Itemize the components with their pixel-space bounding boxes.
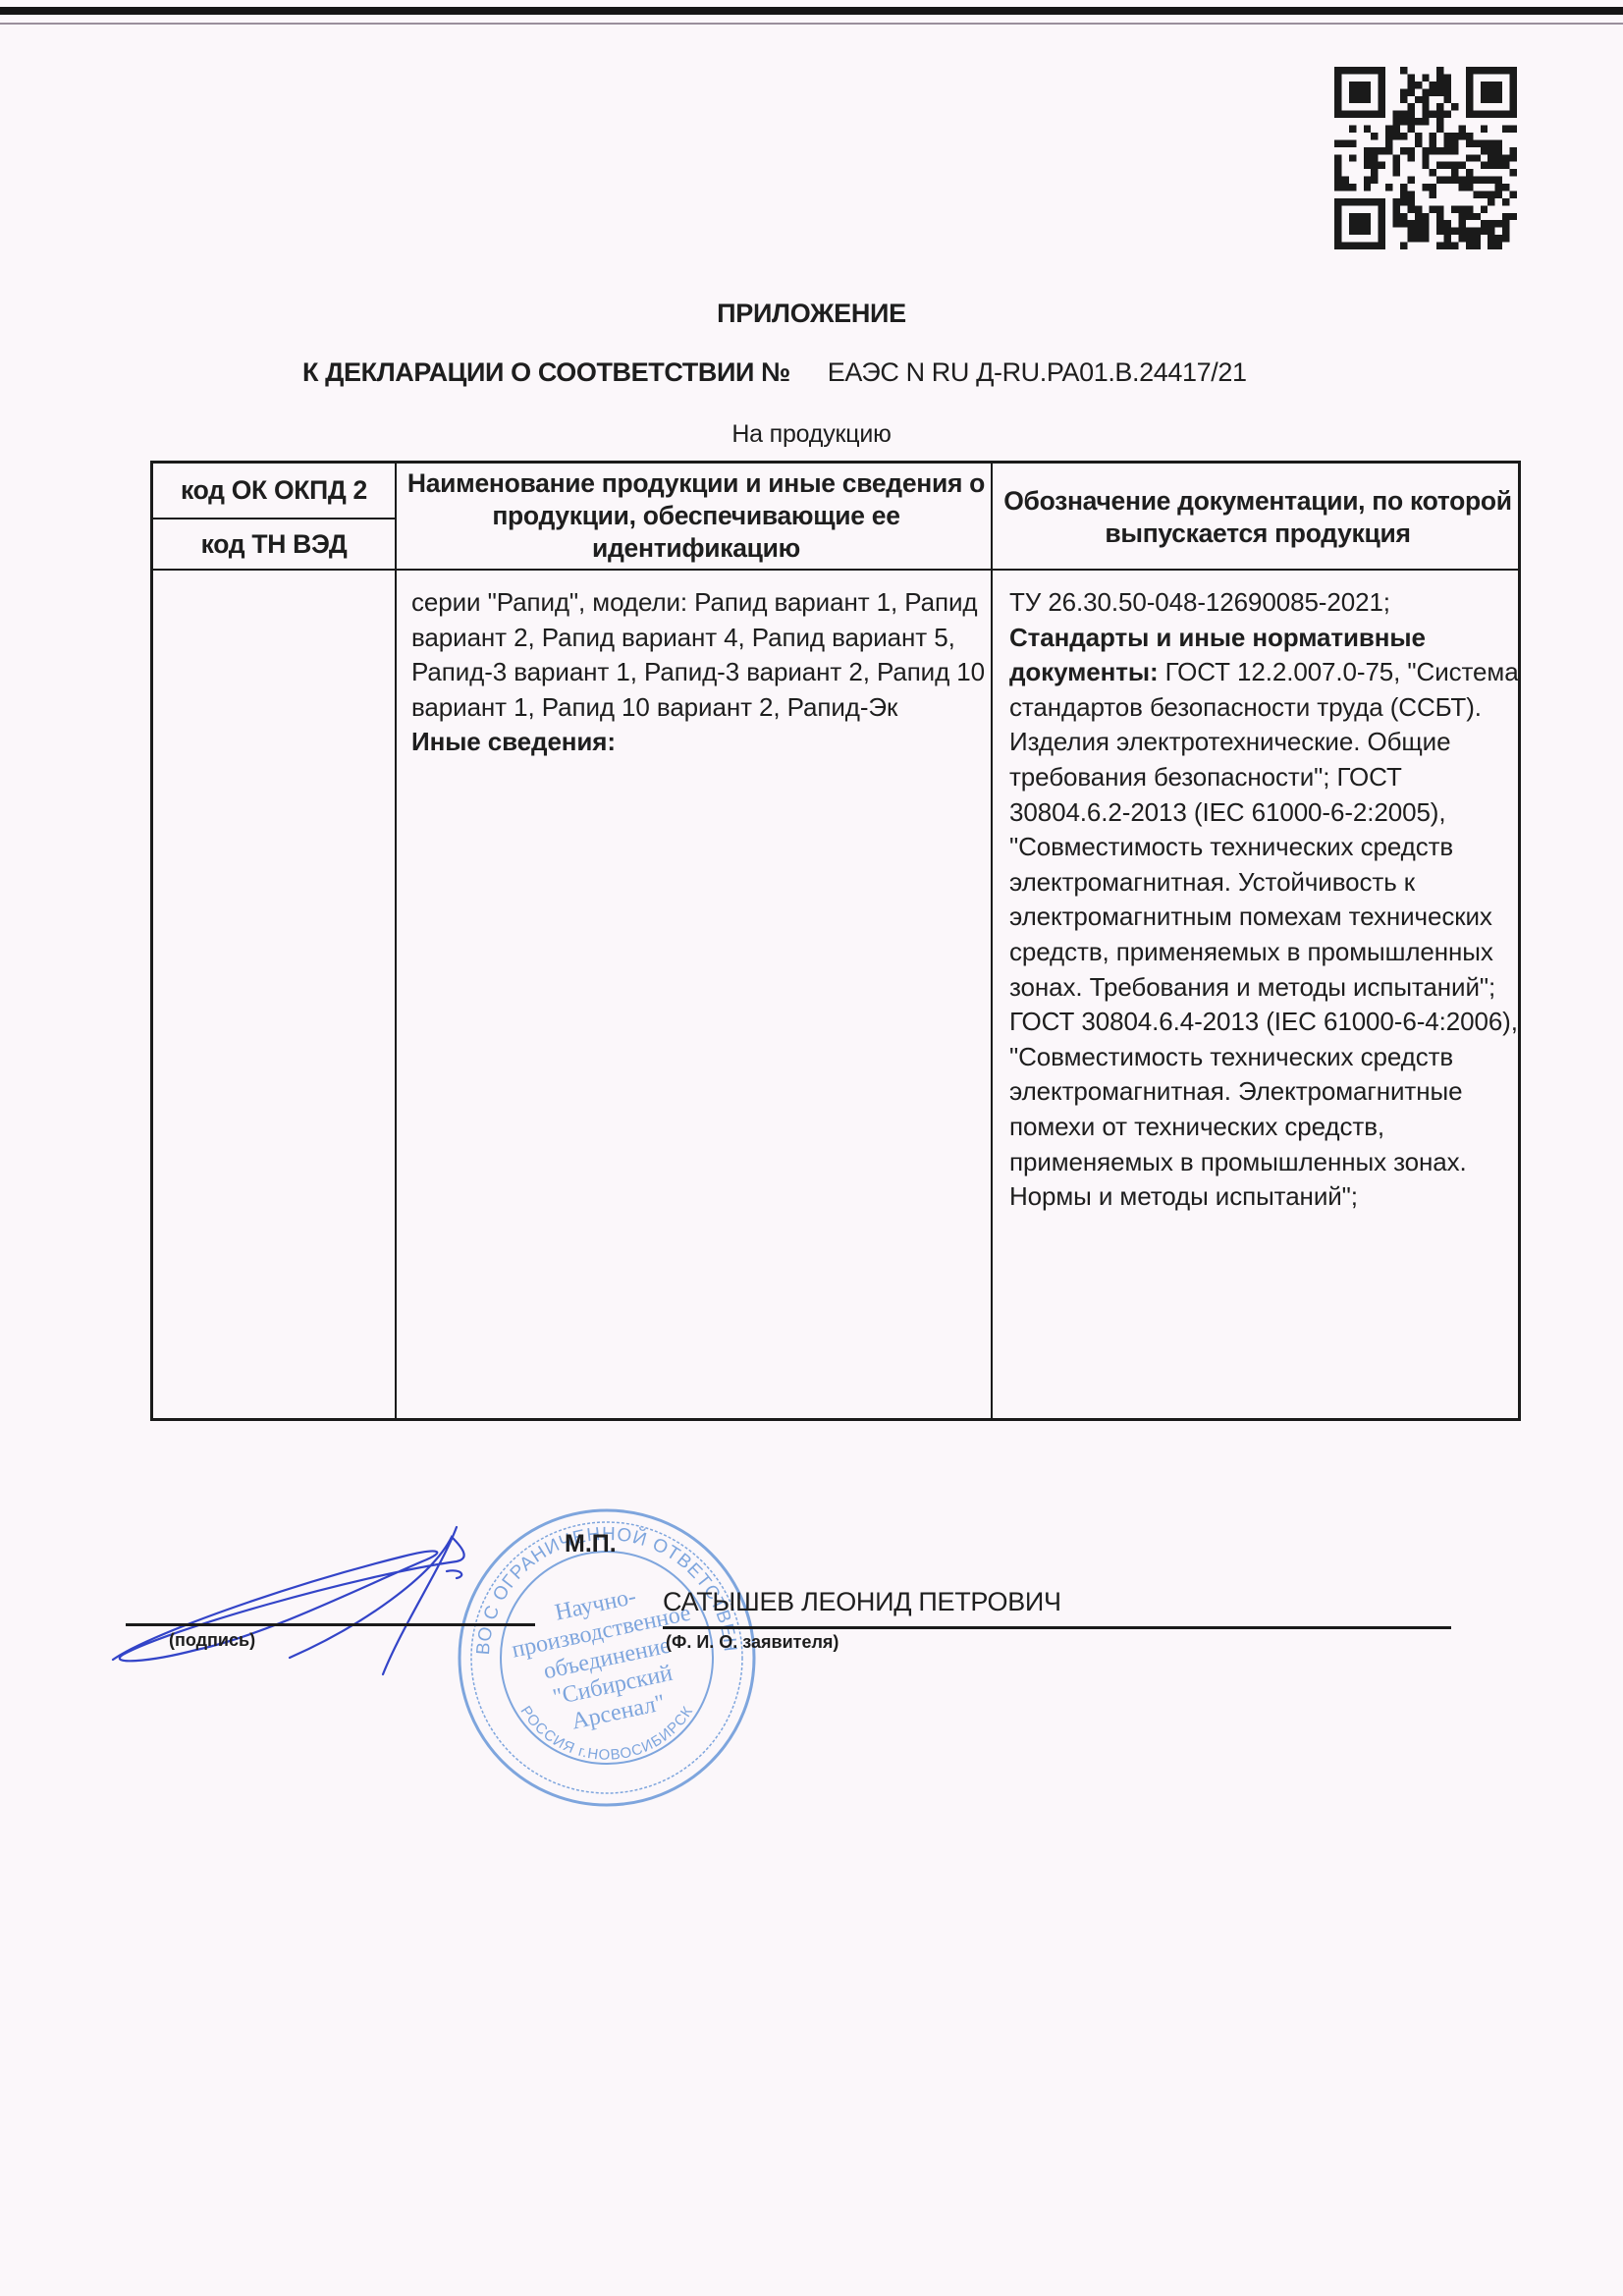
name-line [663,1626,1451,1629]
declaration-heading: К ДЕКЛАРАЦИИ О СООТВЕТСТВИИ №ЕАЭС N RU Д… [302,357,1247,388]
other-info-label: Иные сведения: [411,727,616,756]
declaration-label: К ДЕКЛАРАЦИИ О СООТВЕТСТВИИ № [302,357,790,387]
tu-reference: ТУ 26.30.50-048-12690085-2021; [1009,587,1390,617]
header-tnved: код ТН ВЭД [153,519,395,569]
document-subtitle: На продукцию [0,420,1623,449]
qr-code-icon [1332,67,1519,249]
table-divider [153,569,1518,571]
header-product: Наименование продукции и иные сведения о… [406,464,986,569]
header-okpd: код ОК ОКПД 2 [153,464,395,518]
standards-list: ГОСТ 12.2.007.0-75, "Система стандартов … [1009,657,1519,1211]
stamp-place-label: М.П. [565,1530,617,1558]
scan-top-edge [0,7,1623,15]
document-title: ПРИЛОЖЕНИЕ [0,299,1623,329]
table-divider [991,464,993,1418]
signature-line [126,1623,535,1626]
docs-cell: ТУ 26.30.50-048-12690085-2021; Стандарты… [1009,585,1520,1215]
products-table: код ОК ОКПД 2 код ТН ВЭД Наименование пр… [150,461,1521,1421]
handwritten-signature [108,1517,481,1689]
declaration-number: ЕАЭС N RU Д-RU.PA01.B.24417/21 [828,357,1247,387]
product-cell: серии "Рапид", модели: Рапид вариант 1, … [411,585,986,760]
scan-top-line [0,23,1623,25]
header-docs: Обозначение документации, по которой вып… [998,465,1518,569]
product-description: серии "Рапид", модели: Рапид вариант 1, … [411,587,985,722]
table-divider [395,464,397,1418]
signature-caption: (подпись) [169,1630,255,1651]
name-caption: (Ф. И. О. заявителя) [666,1632,839,1653]
applicant-name: САТЫШЕВ ЛЕОНИД ПЕТРОВИЧ [663,1587,1061,1617]
